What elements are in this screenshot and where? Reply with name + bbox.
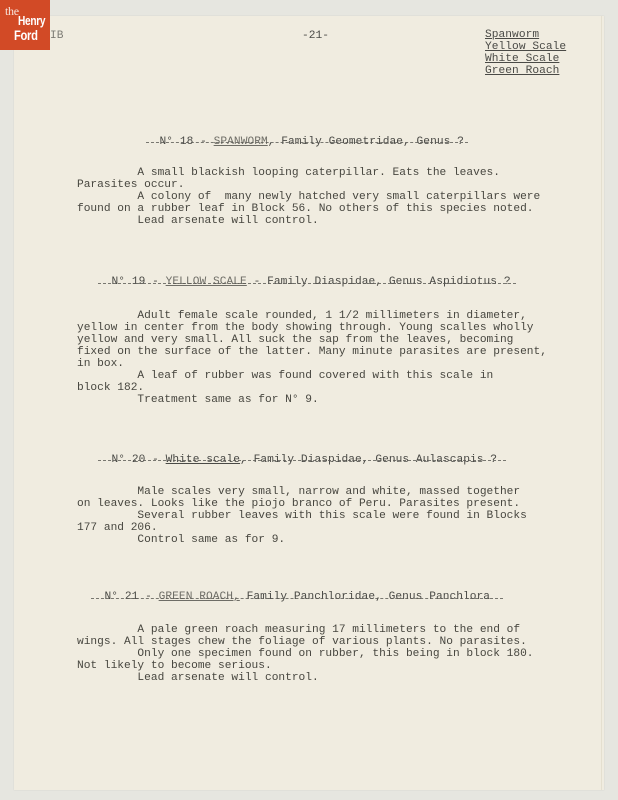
henry-ford-logo[interactable]: the Henry Ford xyxy=(0,0,50,50)
body-line: fixed on the surface of the latter. Many… xyxy=(77,346,547,359)
page-edge-shadow xyxy=(601,16,602,790)
corner-code: IB xyxy=(50,30,64,43)
logo-text-ford: Ford xyxy=(14,27,38,43)
body-line: Treatment same as for N° 9. xyxy=(77,394,319,407)
species-index-list: Spanworm Yellow Scale White Scale Green … xyxy=(485,29,566,77)
logo-text-the: the xyxy=(5,4,19,19)
heading-rule xyxy=(146,142,468,143)
page-number: -21- xyxy=(302,30,329,43)
heading-number: N° 19 - xyxy=(112,276,166,288)
heading-taxonomy: Family Panchloridae, Genus Panchlora xyxy=(240,591,490,603)
heading-taxonomy: - Family Diaspidae, Genus Aspidiotus ? xyxy=(247,276,511,288)
heading-common-name: GREEN ROACH, xyxy=(159,591,240,603)
logo-text-henry: Henry xyxy=(18,13,45,28)
section-heading-20: N° 20 - White scale, Family Diaspidae, G… xyxy=(98,441,497,467)
index-item-yellow-scale: Yellow Scale xyxy=(485,41,566,53)
heading-number: N° 21 - xyxy=(105,591,159,603)
section-heading-21: N° 21 - GREEN ROACH, Family Panchloridae… xyxy=(91,578,490,604)
heading-rule xyxy=(98,283,516,284)
body-line: Lead arsenate will control. xyxy=(77,215,319,228)
heading-rule xyxy=(98,460,506,461)
section-heading-19: N° 19 - YELLOW SCALE - Family Diaspidae,… xyxy=(98,263,511,289)
index-item-spanworm: Spanworm xyxy=(485,29,566,41)
body-line: Control same as for 9. xyxy=(77,534,285,547)
body-line: Lead arsenate will control. xyxy=(77,672,319,685)
heading-common-name: YELLOW SCALE xyxy=(166,276,247,288)
heading-rule xyxy=(91,598,503,599)
section-heading-18: N° 18 - SPANWORM, Family Geometridae, Ge… xyxy=(146,123,464,149)
index-item-green-roach: Green Roach xyxy=(485,65,566,77)
index-item-white-scale: White Scale xyxy=(485,53,566,65)
